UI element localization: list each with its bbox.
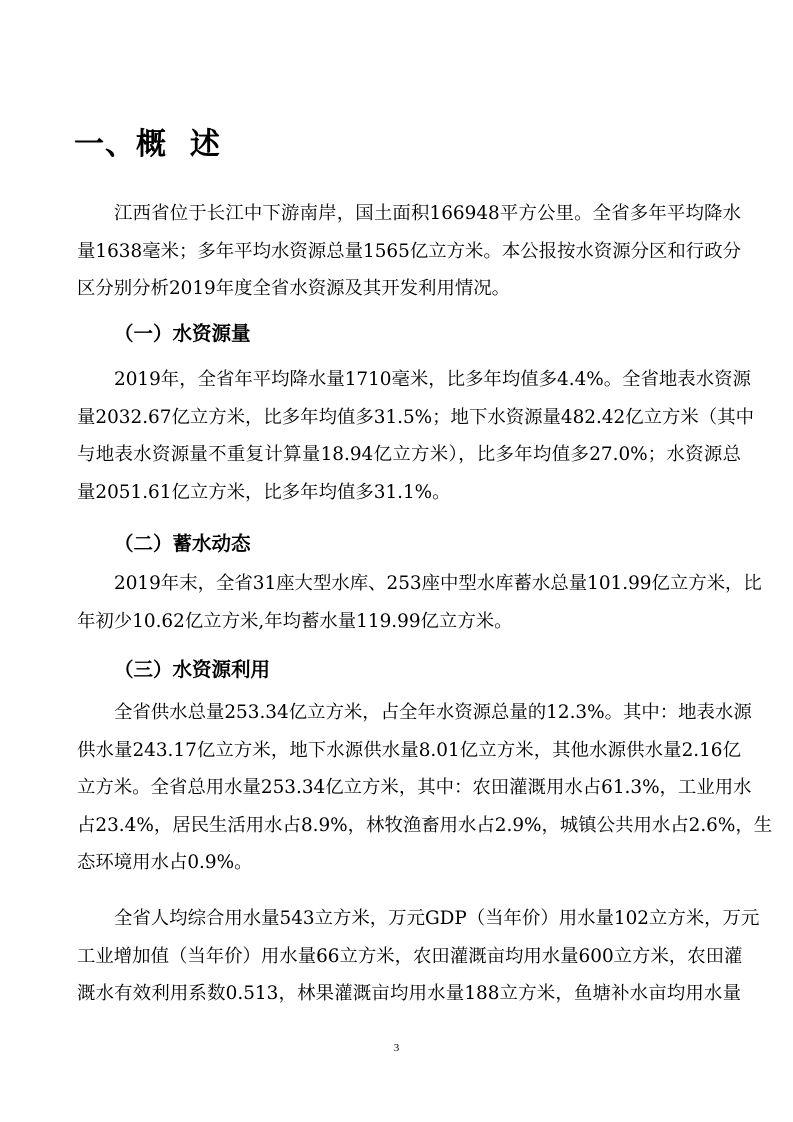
text-line: 工业增加值（当年价）用水量66立方米，农田灌溉亩均用水量600立方米，农田灌 xyxy=(77,938,741,976)
text-line: 溉水有效利用系数0.513，林果灌溉亩均用水量188立方米，鱼塘补水亩均用水量 xyxy=(77,975,741,1013)
text-line: 量1638毫米；多年平均水资源总量1565亿立方米。本公报按水资源分区和行政分 xyxy=(77,233,741,271)
text-line: 与地表水资源量不重复计算量18.94亿立方米），比多年均值多27.0%；水资源总 xyxy=(77,436,741,474)
text-line: 2019年，全省年平均降水量1710毫米，比多年均值多4.4%。全省地表水资源 xyxy=(77,361,741,399)
section-heading-water-utilization: （三）水资源利用 xyxy=(114,657,270,683)
text-line: 年初少10.62亿立方米,年均蓄水量119.99亿立方米。 xyxy=(77,603,741,641)
text-line: 全省人均综合用水量543立方米，万元GDP（当年价）用水量102立方米，万元 xyxy=(77,900,741,938)
chapter-heading: 一、概 述 xyxy=(74,127,221,163)
text-line: 供水量243.17亿立方米，地下水源供水量8.01亿立方米，其他水源供水量2.1… xyxy=(77,732,741,770)
document-page: 一、概 述 江西省位于长江中下游南岸，国土面积166948平方公里。全省多年平均… xyxy=(0,0,793,1122)
text-line: 2019年末，全省31座大型水库、253座中型水库蓄水总量101.99亿立方米，… xyxy=(77,565,741,603)
section-2-paragraph: 2019年末，全省31座大型水库、253座中型水库蓄水总量101.99亿立方米，… xyxy=(77,565,741,640)
text-line: 量2032.67亿立方米，比多年均值多31.5%；地下水资源量482.42亿立方… xyxy=(77,399,741,437)
text-line: 区分别分析2019年度全省水资源及其开发利用情况。 xyxy=(77,270,741,308)
text-line: 态环境用水占0.9%。 xyxy=(77,844,741,882)
section-1-paragraph: 2019年，全省年平均降水量1710毫米，比多年均值多4.4%。全省地表水资源 … xyxy=(77,361,741,511)
text-line: 立方米。全省总用水量253.34亿立方米，其中：农田灌溉用水占61.3%，工业用… xyxy=(77,769,741,807)
page-number: 3 xyxy=(0,1042,793,1054)
text-line: 全省供水总量253.34亿立方米，占全年水资源总量的12.3%。其中：地表水源 xyxy=(77,694,741,732)
section-heading-water-resources: （一）水资源量 xyxy=(114,321,251,347)
text-line: 占23.4%，居民生活用水占8.9%，林牧渔畜用水占2.9%，城镇公共用水占2.… xyxy=(77,807,741,845)
text-line: 量2051.61亿立方米，比多年均值多31.1%。 xyxy=(77,474,741,512)
section-3-paragraph-1: 全省供水总量253.34亿立方米，占全年水资源总量的12.3%。其中：地表水源 … xyxy=(77,694,741,882)
section-heading-storage-dynamics: （二）蓄水动态 xyxy=(114,531,251,557)
intro-paragraph: 江西省位于长江中下游南岸，国土面积166948平方公里。全省多年平均降水 量16… xyxy=(77,195,741,308)
section-3-paragraph-2: 全省人均综合用水量543立方米，万元GDP（当年价）用水量102立方米，万元 工… xyxy=(77,900,741,1013)
text-line: 江西省位于长江中下游南岸，国土面积166948平方公里。全省多年平均降水 xyxy=(77,195,741,233)
